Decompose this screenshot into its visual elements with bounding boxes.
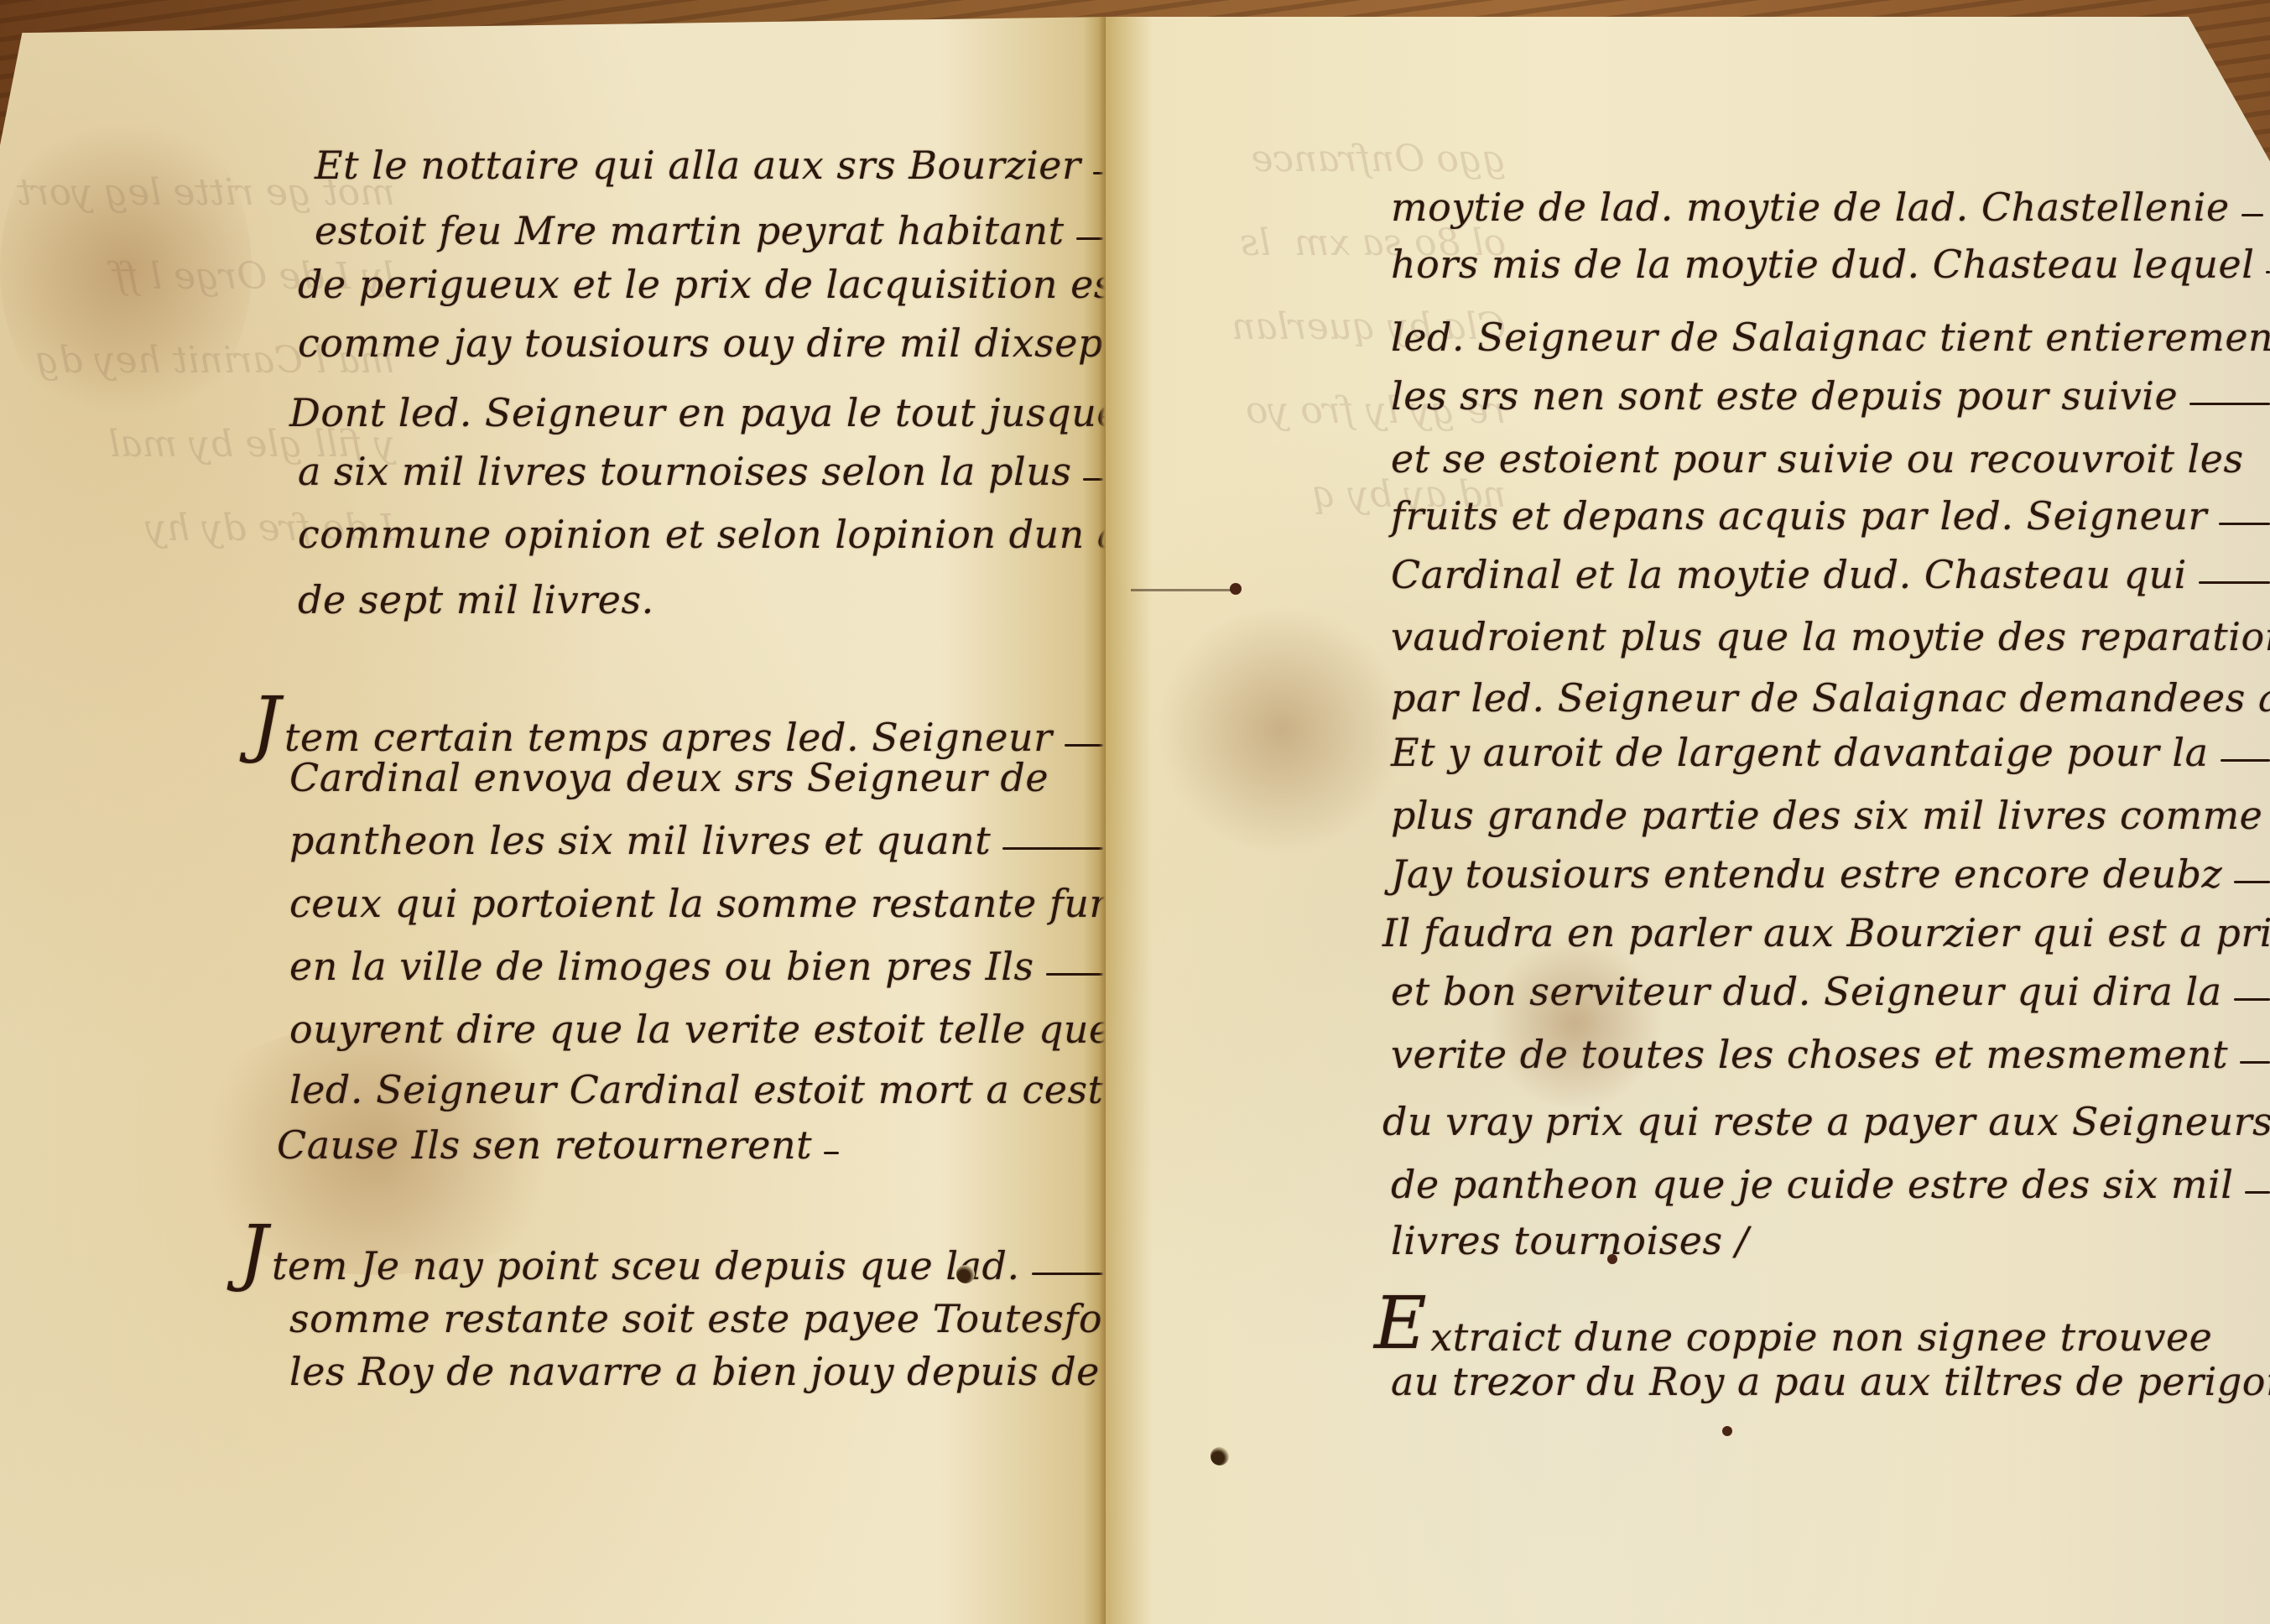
ink-spot: [1607, 1254, 1617, 1264]
manuscript-line: comme jay tousiours ouy dire mil dixsept…: [298, 320, 1103, 366]
line-filler-stroke: [2234, 998, 2270, 1001]
paper-hole: [956, 1265, 975, 1283]
line-filler-stroke: [1002, 847, 1103, 850]
line-filler-stroke: [2266, 271, 2270, 273]
ink-spot: [1722, 1426, 1732, 1436]
manuscript-line: fruits et depans acquis par led. Seigneu…: [1391, 493, 2270, 539]
manuscript-line: ceux qui portoient la somme restante fur…: [289, 881, 1103, 926]
manuscript-line: hors mis de la moytie dud. Chasteau lequ…: [1391, 242, 2270, 287]
manuscript-line: par led. Seigneur de Salaignac demandees…: [1391, 675, 2270, 721]
line-filler-stroke: [2245, 1191, 2270, 1194]
line-filler-stroke: [2219, 523, 2270, 525]
manuscript-line: et se estoient pour suivie ou recouvroit…: [1391, 436, 2230, 481]
paper-hole: [1210, 1447, 1229, 1465]
manuscript-line: ouyrent dire que la verite estoit telle …: [289, 1007, 1086, 1052]
line-filler-stroke: [2241, 214, 2263, 216]
right-page: ggo Onfrance ol 8o sa xm ls Cla by querl…: [1106, 17, 2270, 1624]
right-page-text: moytie de lad. moytie de lad. Chastellen…: [1106, 17, 2270, 1624]
manuscript-line: Et le nottaire qui alla aux srs Bourzier: [315, 143, 1103, 188]
decorated-initial: E: [1374, 1288, 1427, 1360]
manuscript-line: vaudroient plus que la moytie des repara…: [1391, 614, 2270, 659]
decorated-initial: J: [252, 688, 281, 760]
manuscript-line: verite de toutes les choses et mesmement: [1391, 1032, 2270, 1077]
manuscript-line: Cardinal envoya deux srs Seigneur de: [289, 755, 1036, 800]
manuscript-line: en la ville de limoges ou bien pres Ils: [289, 944, 1103, 989]
open-manuscript: mot ge ritte leg yort ly I de Orge l ff …: [0, 17, 2270, 1624]
manuscript-line: Dont led. Seigneur en paya le tout jusqu…: [289, 390, 986, 435]
manuscript-line: moytie de lad. moytie de lad. Chastellen…: [1391, 185, 2263, 230]
photo-scene: mot ge ritte leg yort ly I de Orge l ff …: [0, 0, 2270, 1624]
manuscript-line: Il faudra en parler aux Bourzier qui est…: [1382, 910, 2270, 955]
left-page: mot ge ritte leg yort ly I de Orge l ff …: [0, 17, 1106, 1624]
manuscript-line: au trezor du Roy a pau aux tiltres de pe…: [1391, 1359, 2270, 1404]
manuscript-line: de sept mil livres.: [298, 577, 717, 622]
decorated-initial: J: [239, 1216, 268, 1288]
manuscript-line: commune opinion et selon lopinion dun au…: [298, 512, 1103, 557]
manuscript-line: les srs nen sont este depuis pour suivie: [1391, 373, 2270, 419]
manuscript-line: Et y auroit de largent davantaige pour l…: [1391, 730, 2270, 775]
line-filler-stroke: [1065, 744, 1103, 747]
manuscript-line: les Roy de navarre a bien jouy depuis de…: [289, 1349, 1103, 1394]
manuscript-line: du vray prix qui reste a payer aux Seign…: [1382, 1099, 2270, 1144]
manuscript-line: led. Seigneur Cardinal estoit mort a ces…: [289, 1067, 1103, 1112]
manuscript-line: et bon serviteur dud. Seigneur qui dira …: [1391, 969, 2270, 1014]
line-filler-stroke: [824, 1152, 839, 1154]
line-filler-stroke: [2240, 1061, 2270, 1064]
manuscript-line: de pantheon que je cuide estre des six m…: [1391, 1162, 2270, 1207]
manuscript-line: Cause Ils sen retournerent: [277, 1122, 839, 1168]
manuscript-line: Jtem certain temps apres led. Seigneur: [252, 688, 1103, 760]
manuscript-line: estoit feu Mre martin peyrat habitant: [315, 208, 1103, 253]
manuscript-line: Jay tousiours entendu estre encore deubz: [1391, 851, 2270, 897]
left-page-text: Et le nottaire qui alla aux srs Bourzier…: [0, 17, 1106, 1624]
manuscript-line: Extraict dune coppie non signee trouvee: [1374, 1288, 2270, 1360]
manuscript-line: led. Seigneur de Salaignac tient entiere…: [1391, 315, 2270, 360]
manuscript-line: livres tournoises /: [1391, 1218, 1894, 1263]
line-filler-stroke: [1032, 1273, 1103, 1275]
line-filler-stroke: [1046, 973, 1103, 976]
line-filler-stroke: [2221, 759, 2270, 762]
line-filler-stroke: [2234, 881, 2270, 883]
manuscript-line: Cardinal et la moytie dud. Chasteau qui: [1391, 552, 2270, 597]
line-filler-stroke: [2199, 581, 2270, 584]
manuscript-line: a six mil livres tournoises selon la plu…: [298, 449, 1103, 494]
manuscript-line: somme restante soit este payee Toutesfoi…: [289, 1296, 1103, 1341]
line-filler-stroke: [2189, 403, 2270, 405]
manuscript-line: plus grande partie des six mil livres co…: [1391, 793, 2270, 838]
manuscript-line: de perigueux et le prix de lacquisition …: [298, 262, 1103, 307]
manuscript-line: pantheon les six mil livres et quant: [289, 818, 1103, 863]
